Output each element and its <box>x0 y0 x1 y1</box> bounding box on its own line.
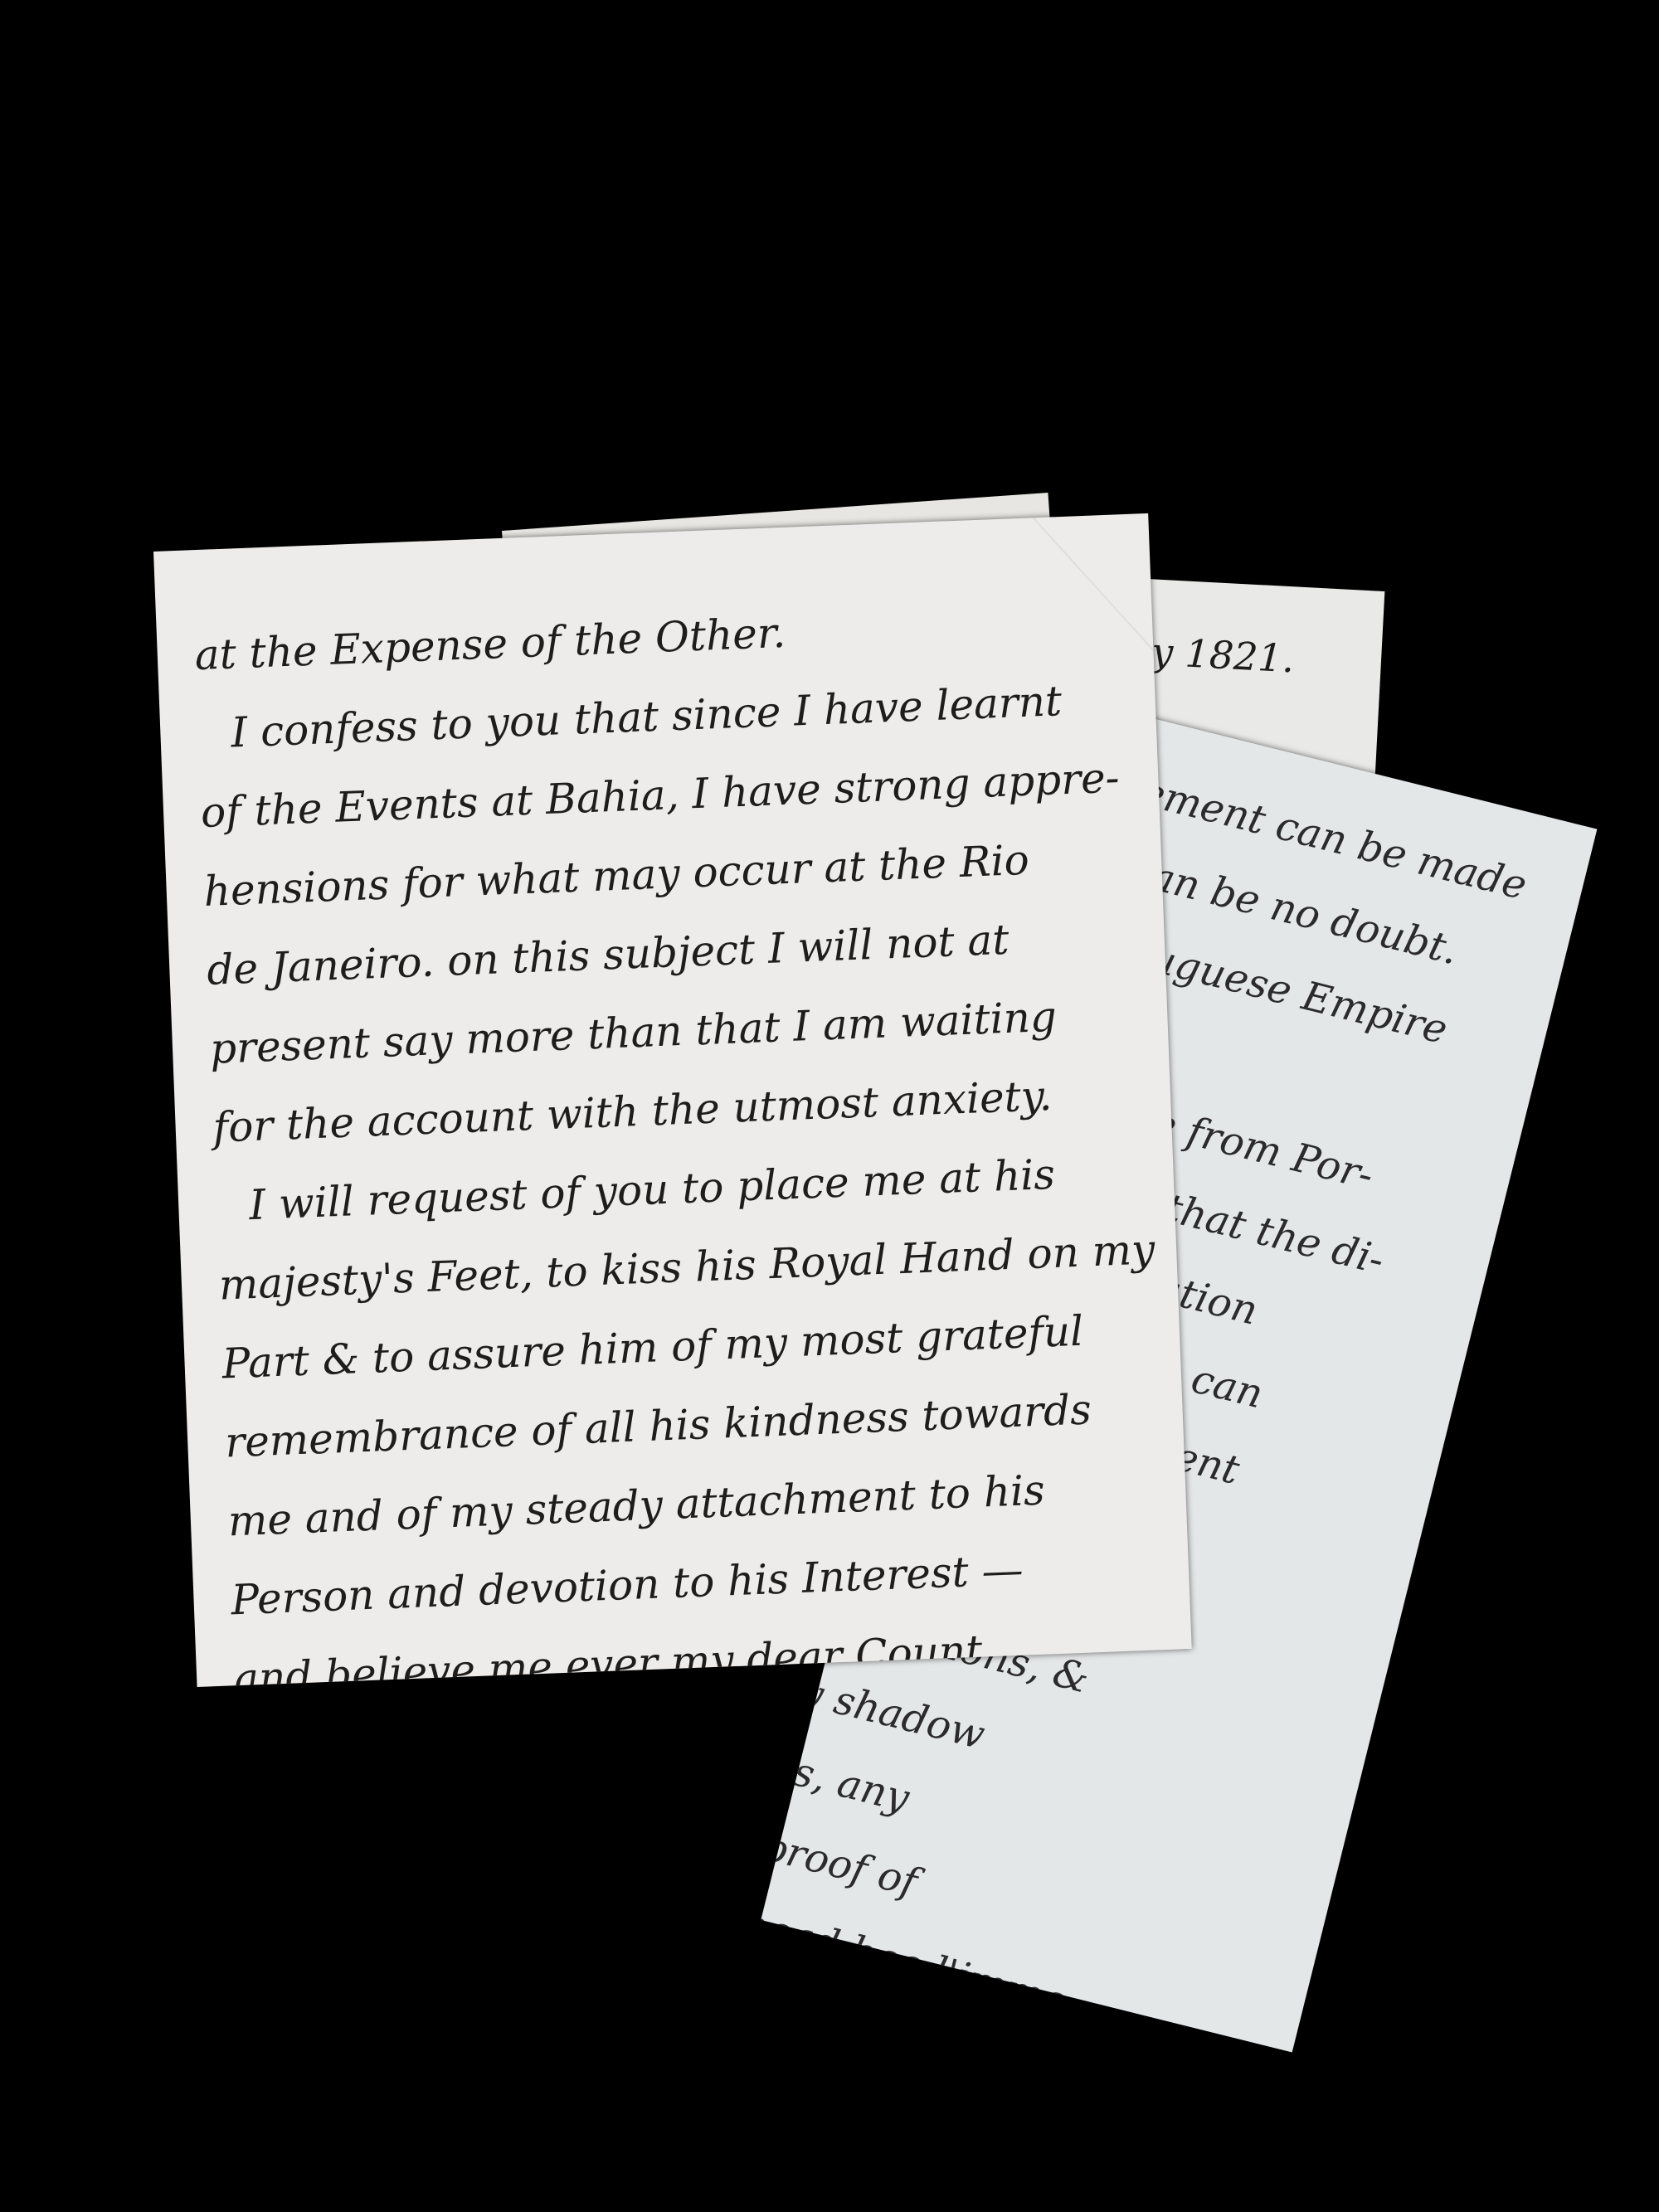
front-page-text: at the Expense of the Other. I confess t… <box>193 580 1190 1687</box>
front-letter-page: at the Expense of the Other. I confess t… <box>153 513 1192 1687</box>
